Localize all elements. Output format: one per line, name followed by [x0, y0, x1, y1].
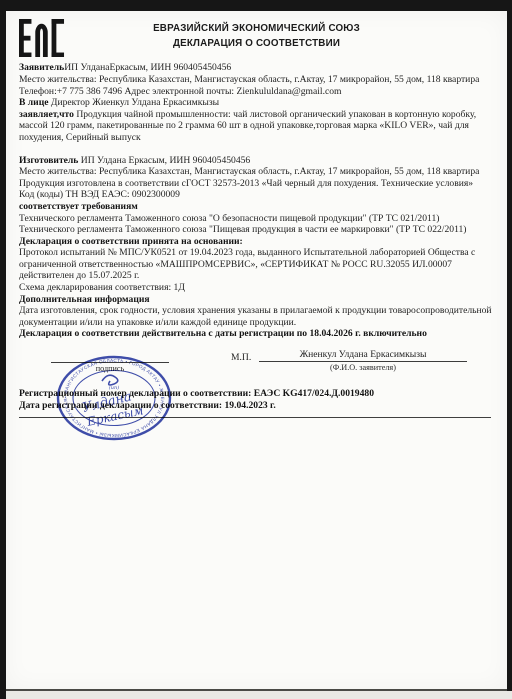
document-header: ЕВРАЗИЙСКИЙ ЭКОНОМИЧЕСКИЙ СОЮЗ ДЕКЛАРАЦИ…	[6, 11, 507, 51]
applicant-name-caption: (Ф.И.О. заявителя)	[259, 362, 467, 372]
org-title: ЕВРАЗИЙСКИЙ ЭКОНОМИЧЕСКИЙ СОЮЗ	[6, 22, 507, 37]
paragraph: заявляет,что Продукция чайной промышленн…	[19, 109, 494, 144]
paragraph: Декларация о соответствии действительна …	[19, 328, 494, 340]
eac-logo-icon	[19, 19, 65, 59]
document-page: ЕВРАЗИЙСКИЙ ЭКОНОМИЧЕСКИЙ СОЮЗ ДЕКЛАРАЦИ…	[6, 11, 507, 691]
paragraph: Продукция изготовлена в соответствии сГО…	[19, 178, 494, 190]
stamp-monogram-text: (ип)	[109, 384, 119, 391]
paragraph: Дата изготовления, срок годности, услови…	[19, 305, 494, 328]
applicant-name-field: Жненкул Улдана Еркасимкызы (Ф.И.О. заяви…	[259, 349, 467, 372]
paragraph: Изготовитель ИП Улдана Еркасым, ИИН 9604…	[19, 155, 494, 167]
stamp-place-label: М.П.	[231, 349, 251, 363]
paragraph: Схема декларирования соответствия: 1Д	[19, 282, 494, 294]
paragraph: В лице Директор Жиенкул Улдана Еркасимкы…	[19, 97, 494, 109]
body-paragraphs: ЗаявительИП УлданаЕркасым, ИИН 960405450…	[19, 62, 494, 340]
paragraph: Дополнительная информация	[19, 294, 494, 306]
scan-edge	[6, 691, 512, 699]
paragraph: Декларация о соответствии принята на осн…	[19, 236, 494, 248]
paragraph: ЗаявительИП УлданаЕркасым, ИИН 960405450…	[19, 62, 494, 74]
paragraph: Технического регламента Таможенного союз…	[19, 224, 494, 236]
paragraph: Место жительства: Республика Казахстан, …	[19, 166, 494, 178]
doc-title: ДЕКЛАРАЦИЯ О СООТВЕТСТВИИ	[6, 37, 507, 52]
paragraph: соответствует требованиям	[19, 201, 494, 213]
paragraph: Место жительства: Республика Казахстан, …	[19, 74, 494, 86]
paragraph: Технического регламента Таможенного союз…	[19, 213, 494, 225]
notary-stamp: • МАНГИСТАУСКАЯ ОБЛАСТЬ • ГОРОД АКТАУ • …	[50, 351, 178, 445]
paragraph: Код (коды) ТН ВЭД ЕАЭС: 0902300009	[19, 189, 494, 201]
paragraph: Телефон:+7 775 386 7496 Адрес электронно…	[19, 86, 494, 98]
applicant-name: Жненкул Улдана Еркасимкызы	[259, 349, 467, 362]
paragraph: Протокол испытаний № МПС/УК0521 от 19.04…	[19, 247, 494, 282]
scanned-document: ЕВРАЗИЙСКИЙ ЭКОНОМИЧЕСКИЙ СОЮЗ ДЕКЛАРАЦИ…	[0, 0, 512, 699]
